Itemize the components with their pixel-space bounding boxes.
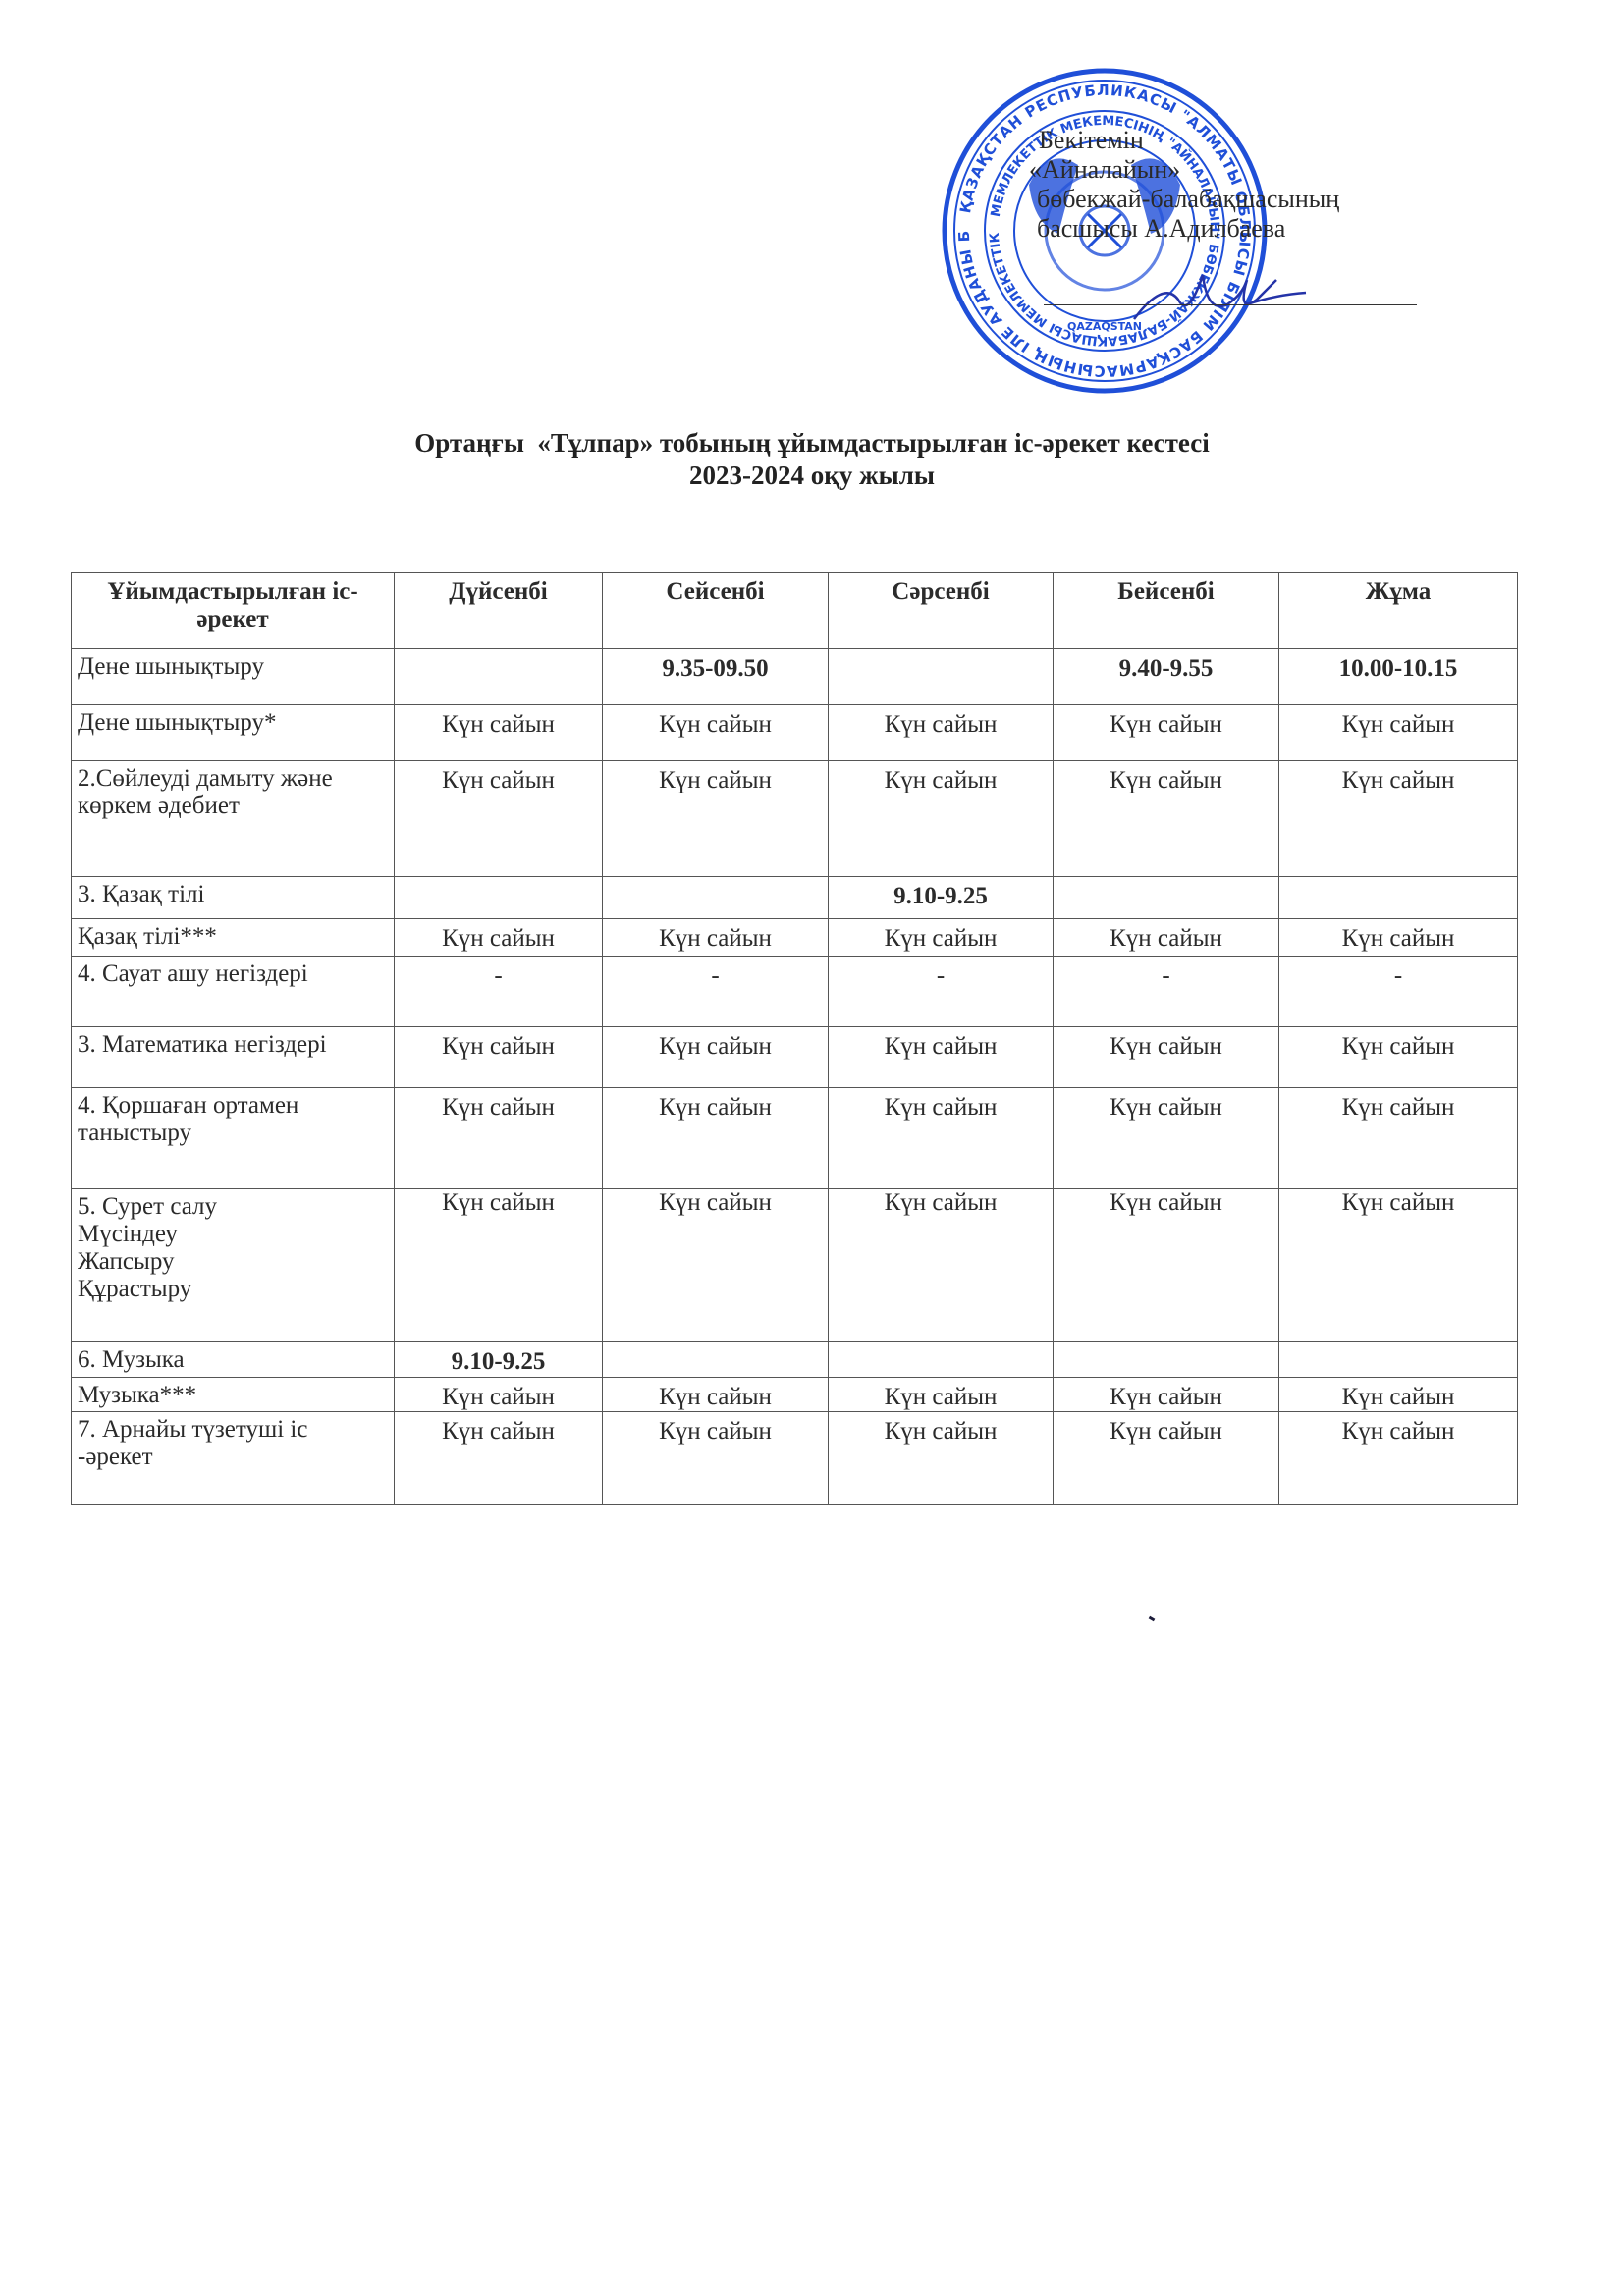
schedule-cell: Күн сайын bbox=[1279, 1189, 1518, 1342]
table-row: 2.Сөйлеуді дамыту және көркем әдебиетКүн… bbox=[72, 761, 1518, 877]
schedule-cell: Күн сайын bbox=[829, 1189, 1054, 1342]
schedule-cell: Күн сайын bbox=[1054, 1088, 1279, 1189]
activity-cell: 3. Математика негіздері bbox=[72, 1027, 395, 1088]
approval-block: Бекітемін «Айналайын» бөбекжай-балабақша… bbox=[1039, 126, 1339, 244]
table-row: 4. Сауат ашу негіздері----- bbox=[72, 957, 1518, 1027]
schedule-cell: Күн сайын bbox=[395, 919, 603, 957]
activity-cell: Музыка*** bbox=[72, 1378, 395, 1412]
schedule-cell bbox=[603, 1342, 829, 1378]
approval-line: басшысы А.Адилбаева bbox=[1037, 214, 1339, 244]
schedule-cell: - bbox=[395, 957, 603, 1027]
schedule-cell: - bbox=[1279, 957, 1518, 1027]
schedule-cell: Күн сайын bbox=[395, 1412, 603, 1505]
table-header-row: Ұйымдастырылған іс-әрекет Дүйсенбі Сейсе… bbox=[72, 573, 1518, 649]
approval-line: Бекітемін bbox=[1039, 126, 1339, 155]
schedule-cell: Күн сайын bbox=[1054, 919, 1279, 957]
schedule-cell: Күн сайын bbox=[603, 1088, 829, 1189]
schedule-cell: Күн сайын bbox=[1279, 1027, 1518, 1088]
header-wednesday: Сәрсенбі bbox=[829, 573, 1054, 649]
activity-cell: 4. Сауат ашу негіздері bbox=[72, 957, 395, 1027]
schedule-cell bbox=[1054, 877, 1279, 919]
table-row: 3. Математика негіздеріКүн сайынКүн сайы… bbox=[72, 1027, 1518, 1088]
schedule-cell bbox=[395, 649, 603, 705]
schedule-cell: Күн сайын bbox=[603, 1412, 829, 1505]
schedule-cell: Күн сайын bbox=[1054, 705, 1279, 761]
schedule-cell: Күн сайын bbox=[395, 705, 603, 761]
schedule-cell: Күн сайын bbox=[829, 919, 1054, 957]
activity-cell: 5. Сурет салу Мүсіндеу Жапсыру Құрастыру bbox=[72, 1189, 395, 1342]
activity-cell: 2.Сөйлеуді дамыту және көркем әдебиет bbox=[72, 761, 395, 877]
schedule-cell: Күн сайын bbox=[1279, 705, 1518, 761]
schedule-cell: Күн сайын bbox=[1279, 1412, 1518, 1505]
activity-cell: Қазақ тілі*** bbox=[72, 919, 395, 957]
schedule-cell: 9.40-9.55 bbox=[1054, 649, 1279, 705]
schedule-cell: Күн сайын bbox=[829, 705, 1054, 761]
table-row: 3. Қазақ тілі9.10-9.25 bbox=[72, 877, 1518, 919]
schedule-cell: Күн сайын bbox=[829, 761, 1054, 877]
schedule-cell: 9.35-09.50 bbox=[603, 649, 829, 705]
schedule-cell: Күн сайын bbox=[603, 1027, 829, 1088]
schedule-table: Ұйымдастырылған іс-әрекет Дүйсенбі Сейсе… bbox=[71, 572, 1518, 1505]
header-thursday: Бейсенбі bbox=[1054, 573, 1279, 649]
schedule-cell: 9.10-9.25 bbox=[395, 1342, 603, 1378]
table-row: Қазақ тілі***Күн сайынКүн сайынКүн сайын… bbox=[72, 919, 1518, 957]
schedule-cell bbox=[395, 877, 603, 919]
signature-icon bbox=[1129, 265, 1316, 334]
schedule-cell: Күн сайын bbox=[395, 761, 603, 877]
approval-line: «Айналайын» bbox=[1029, 155, 1339, 185]
schedule-cell: Күн сайын bbox=[1054, 1027, 1279, 1088]
schedule-cell: Күн сайын bbox=[1279, 761, 1518, 877]
schedule-cell: Күн сайын bbox=[603, 919, 829, 957]
title-line-2: 2023-2024 оқу жылы bbox=[0, 460, 1624, 492]
header-friday: Жұма bbox=[1279, 573, 1518, 649]
activity-cell: Дене шынықтыру* bbox=[72, 705, 395, 761]
schedule-cell: Күн сайын bbox=[603, 705, 829, 761]
schedule-cell: Күн сайын bbox=[395, 1378, 603, 1412]
activity-cell: 4. Қоршаған ортамен таныстыру bbox=[72, 1088, 395, 1189]
activity-cell: 3. Қазақ тілі bbox=[72, 877, 395, 919]
schedule-cell: Күн сайын bbox=[1054, 761, 1279, 877]
table-row: Дене шынықтыру*Күн сайынКүн сайынКүн сай… bbox=[72, 705, 1518, 761]
schedule-cell: - bbox=[1054, 957, 1279, 1027]
schedule-cell: Күн сайын bbox=[829, 1412, 1054, 1505]
activity-cell: 6. Музыка bbox=[72, 1342, 395, 1378]
schedule-cell: Күн сайын bbox=[603, 1378, 829, 1412]
schedule-cell: Күн сайын bbox=[1054, 1189, 1279, 1342]
signature-line bbox=[1044, 304, 1417, 305]
schedule-cell: Күн сайын bbox=[1279, 919, 1518, 957]
header-activity: Ұйымдастырылған іс-әрекет bbox=[72, 573, 395, 649]
activity-cell: Дене шынықтыру bbox=[72, 649, 395, 705]
schedule-cell: - bbox=[603, 957, 829, 1027]
scan-mark bbox=[1149, 1616, 1156, 1622]
schedule-cell: 10.00-10.15 bbox=[1279, 649, 1518, 705]
schedule-cell: Күн сайын bbox=[829, 1088, 1054, 1189]
title-line-1: Ортаңғы «Тұлпар» тобының ұйымдастырылған… bbox=[0, 427, 1624, 460]
schedule-cell: Күн сайын bbox=[603, 761, 829, 877]
table-row: 5. Сурет салу Мүсіндеу Жапсыру Құрастыру… bbox=[72, 1189, 1518, 1342]
document-title: Ортаңғы «Тұлпар» тобының ұйымдастырылған… bbox=[0, 427, 1624, 492]
schedule-cell bbox=[1279, 1342, 1518, 1378]
schedule-cell: Күн сайын bbox=[395, 1027, 603, 1088]
table-row: 6. Музыка9.10-9.25 bbox=[72, 1342, 1518, 1378]
schedule-cell: Күн сайын bbox=[1279, 1378, 1518, 1412]
schedule-cell bbox=[1279, 877, 1518, 919]
schedule-cell: Күн сайын bbox=[1054, 1378, 1279, 1412]
schedule-cell: Күн сайын bbox=[829, 1378, 1054, 1412]
schedule-cell bbox=[1054, 1342, 1279, 1378]
schedule-cell: - bbox=[829, 957, 1054, 1027]
schedule-cell: Күн сайын bbox=[829, 1027, 1054, 1088]
schedule-cell bbox=[829, 649, 1054, 705]
header-tuesday: Сейсенбі bbox=[603, 573, 829, 649]
header-monday: Дүйсенбі bbox=[395, 573, 603, 649]
table-row: Дене шынықтыру9.35-09.509.40-9.5510.00-1… bbox=[72, 649, 1518, 705]
schedule-cell: Күн сайын bbox=[395, 1088, 603, 1189]
schedule-cell: Күн сайын bbox=[1279, 1088, 1518, 1189]
schedule-cell: Күн сайын bbox=[603, 1189, 829, 1342]
schedule-cell: 9.10-9.25 bbox=[829, 877, 1054, 919]
schedule-cell bbox=[829, 1342, 1054, 1378]
table-row: 4. Қоршаған ортамен таныстыруКүн сайынКү… bbox=[72, 1088, 1518, 1189]
approval-line: бөбекжай-балабақшасының bbox=[1037, 185, 1339, 214]
table-row: Музыка***Күн сайынКүн сайынКүн сайынКүн … bbox=[72, 1378, 1518, 1412]
table-row: 7. Арнайы түзетуші іс -әрекетКүн сайынКү… bbox=[72, 1412, 1518, 1505]
schedule-cell bbox=[603, 877, 829, 919]
schedule-cell: Күн сайын bbox=[395, 1189, 603, 1342]
schedule-cell: Күн сайын bbox=[1054, 1412, 1279, 1505]
activity-cell: 7. Арнайы түзетуші іс -әрекет bbox=[72, 1412, 395, 1505]
